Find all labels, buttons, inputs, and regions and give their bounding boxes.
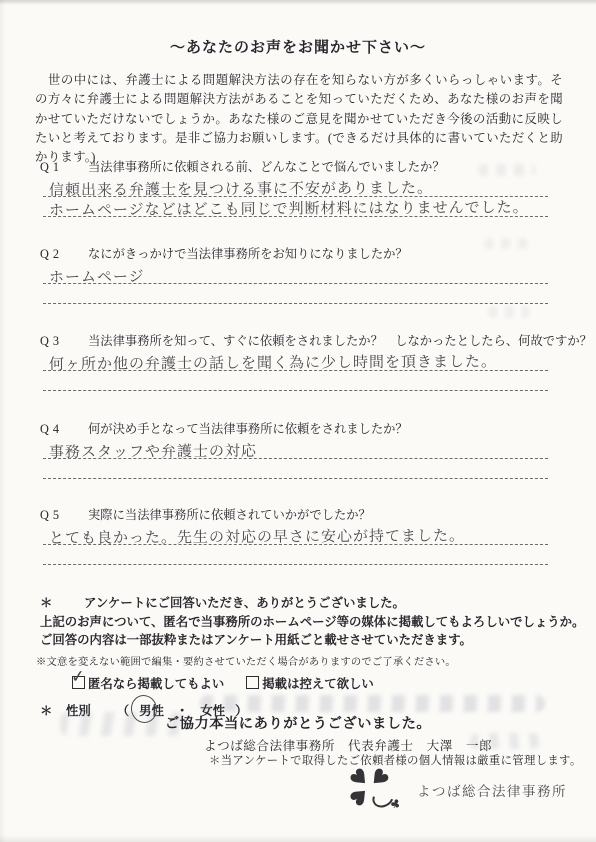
question-label: Q1 — [40, 160, 88, 175]
answer-line[interactable]: ホームページ — [43, 264, 548, 284]
answer-line[interactable]: 何ヶ所か他の弁護士の話しを聞く為に少し時間を頂きました。 — [43, 351, 548, 371]
question-row: Q4何が決め手となって当法律事務所に依頼をされましたか？ — [40, 419, 556, 437]
question-text: なにがきっかけで当法律事務所をお知りになりましたか？ — [88, 247, 408, 261]
consent-publish-line-2: ご回答の内容は一部抜粋またはアンケート用紙ごと載せさせていただきます。 — [40, 631, 565, 650]
asterisk-bullet: ＊ — [40, 594, 84, 613]
question-text: 当法律事務所に依頼される前、どんなことで悩んでいましたか？ — [88, 160, 445, 174]
checkbox-box-checked[interactable]: ✓ — [72, 676, 85, 689]
question-label: Q4 — [40, 422, 88, 437]
consent-edit-note: ※文意を変えない範囲で編集・要約させていただく場合がありますのでご了承ください。 — [36, 653, 565, 668]
answer-line[interactable] — [43, 545, 548, 565]
checkbox-decline-publication[interactable]: 掲載は控えて欲しい — [246, 674, 374, 692]
checkbox-label: 匿名なら掲載してもよい — [88, 674, 224, 692]
handwritten-answer: ホームページなどはどこも同じで判断材料にはなりませんでした。 — [49, 196, 529, 220]
answer-line[interactable] — [43, 284, 548, 304]
firm-logo-text: よつば総合法律事務所 — [417, 780, 567, 800]
answer-line[interactable]: とても良かった。先生の対応の早さに安心が持てました。 — [43, 525, 548, 545]
checkbox-box-empty[interactable] — [246, 676, 259, 689]
small-clover-icon: ♣ — [388, 797, 402, 812]
question-block-q1: Q1当法律事務所に依頼される前、どんなことで悩んでいましたか？ 信頼出来る弁護士… — [40, 157, 556, 217]
closing-thanks: ご協力本当にありがとうございました。 — [0, 713, 596, 733]
consent-section: ＊アンケートにご回答いただき、ありがとうございました。 上記のお声について、匿名… — [40, 594, 565, 719]
question-block-q5: Q5実際に当法律事務所に依頼されていかがでしたか？ とても良かった。先生の対応の… — [40, 505, 556, 565]
consent-publish-line-1: 上記のお声について、匿名で当事務所のホームページ等の媒体に掲載してもよろしいでし… — [40, 613, 565, 632]
answer-line[interactable] — [43, 371, 548, 391]
privacy-note: ＊当アンケートで取得したご依頼者様の個人情報は厳重に管理します。 — [209, 752, 582, 768]
question-row: Q3当法律事務所を知って、すぐに依頼をされましたか？ しなかったとしたら、何故で… — [40, 331, 556, 349]
question-text: 実際に当法律事務所に依頼されていかがでしたか？ — [88, 508, 371, 522]
clover-logo-icon: ♥ ♥ ♥ ♣ — [349, 768, 401, 812]
question-label: Q5 — [40, 508, 88, 523]
question-label: Q2 — [40, 247, 88, 262]
question-label: Q3 — [40, 334, 88, 349]
question-row: Q1当法律事務所に依頼される前、どんなことで悩んでいましたか？ — [40, 157, 556, 175]
consent-thanks-text: アンケートにご回答いただき、ありがとうございました。 — [84, 596, 405, 610]
question-block-q3: Q3当法律事務所を知って、すぐに依頼をされましたか？ しなかったとしたら、何故で… — [40, 331, 556, 391]
checkbox-anonymous-ok[interactable]: ✓ 匿名なら掲載してもよい — [72, 674, 224, 692]
question-text: 当法律事務所を知って、すぐに依頼をされましたか？ しなかったとしたら、何故ですか… — [88, 334, 592, 348]
scan-bleed-artifact — [488, 306, 530, 318]
page-title: ～あなたのお声をお聞かせ下さい～ — [0, 36, 596, 57]
publication-checkbox-row: ✓ 匿名なら掲載してもよい 掲載は控えて欲しい — [72, 674, 565, 692]
handwritten-check-icon: ✓ — [70, 666, 86, 687]
question-block-q2: Q2なにがきっかけで当法律事務所をお知りになりましたか？ ホームページ — [40, 244, 556, 304]
question-row: Q2なにがきっかけで当法律事務所をお知りになりましたか？ — [40, 244, 556, 262]
questionnaire-page: ～あなたのお声をお聞かせ下さい～ 世の中には、弁護士による問題解決方法の存在を知… — [0, 0, 596, 842]
answer-line[interactable]: 事務スタッフや弁護士の対応 — [43, 439, 548, 459]
answer-line[interactable] — [43, 459, 548, 479]
checkbox-label: 掲載は控えて欲しい — [262, 674, 374, 692]
intro-paragraph: 世の中には、弁護士による問題解決方法の存在を知らない方が多くいらっしゃいます。そ… — [35, 71, 563, 168]
answer-line[interactable]: 信頼出来る弁護士を見つける事に不安がありました。 — [43, 177, 548, 197]
answer-line[interactable]: ホームページなどはどこも同じで判断材料にはなりませんでした。 — [43, 197, 548, 217]
question-block-q4: Q4何が決め手となって当法律事務所に依頼をされましたか？ 事務スタッフや弁護士の… — [40, 419, 556, 479]
consent-thanks-line: ＊アンケートにご回答いただき、ありがとうございました。 — [40, 594, 565, 613]
question-text: 何が決め手となって当法律事務所に依頼をされましたか？ — [88, 422, 408, 436]
question-row: Q5実際に当法律事務所に依頼されていかがでしたか？ — [40, 505, 556, 523]
firm-logo-row: ♥ ♥ ♥ ♣ よつば総合法律事務所 — [349, 768, 567, 812]
